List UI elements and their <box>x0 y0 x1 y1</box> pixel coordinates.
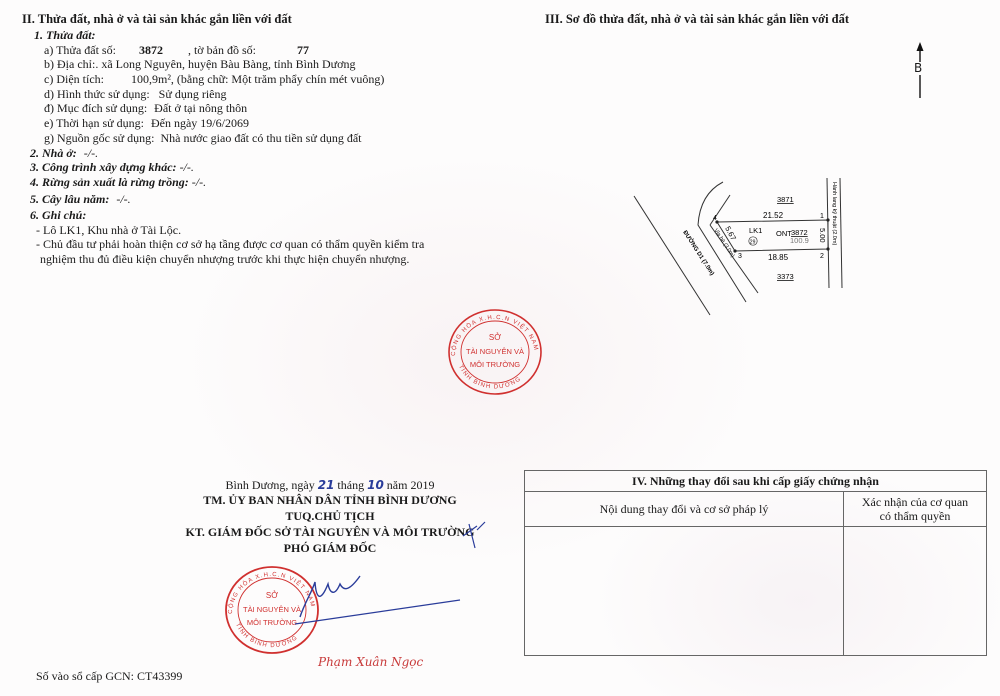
note-item: - Chủ đầu tư phải hoàn thiện cơ sở hạ tầ… <box>22 237 502 252</box>
parcel-number-row: a) Thửa đất số: 3872 , tờ bản đồ số: 77 <box>22 43 502 58</box>
note-item: - Lô LK1, Khu nhà ở Tài Lộc. <box>22 223 502 238</box>
date-prefix: Bình Dương, ngày <box>226 478 315 492</box>
usage-form-label: d) Hình thức sử dụng: <box>44 87 150 101</box>
purpose-label: đ) Mục đích sử dụng: <box>44 101 147 115</box>
edge-top-length: 21.52 <box>763 211 784 220</box>
authority-confirmation-cell <box>844 527 987 656</box>
stamp-seal-icon: CỘNG HÒA X.H.C.N VIỆT NAM TỈNH BÌNH DƯƠN… <box>226 567 318 653</box>
parcel-number: 3872 <box>139 43 163 57</box>
section-2-title: II. Thửa đất, nhà ở và tài sản khác gắn … <box>22 12 502 28</box>
corner-4: 4 <box>713 215 717 222</box>
svg-text:TÀI NGUYÊN VÀ: TÀI NGUYÊN VÀ <box>466 347 524 356</box>
road-label: ĐƯỜNG D1 (7.0m) <box>681 229 716 277</box>
term-row: e) Thời hạn sử dụng: Đến ngày 19/6/2069 <box>22 116 502 131</box>
edge-bottom-length: 18.85 <box>768 253 789 262</box>
forest-value: -/-. <box>192 175 206 189</box>
lot-circle-number: 29 <box>750 239 756 245</box>
section-4-title: IV. Những thay đổi sau khi cấp giấy chứn… <box>525 471 987 492</box>
perennial-heading: 5. Cây lâu năm: <box>30 192 109 206</box>
map-sheet-label: , tờ bản đồ số: <box>188 43 256 57</box>
parcel-label: a) Thửa đất số: <box>44 43 116 57</box>
parcel-south-label: 3373 <box>777 272 794 281</box>
authority-line-1: TM. ỦY BAN NHÂN DÂN TỈNH BÌNH DƯƠNG <box>150 493 510 508</box>
notes-heading: 6. Ghi chú: <box>22 208 502 223</box>
svg-text:SỞ: SỞ <box>266 591 278 600</box>
origin-label: g) Nguồn gốc sử dụng: <box>44 131 155 145</box>
purpose-row: đ) Mục đích sử dụng: Đất ở tại nông thôn <box>22 101 502 116</box>
edge-right-length: 5.00 <box>818 228 827 243</box>
gcn-record: Số vào sổ cấp GCN: CT43399 <box>36 669 182 684</box>
origin-row: g) Nguồn gốc sử dụng: Nhà nước giao đất … <box>22 131 502 146</box>
perennial-value: -/-. <box>116 192 130 206</box>
svg-text:MÔI TRƯỜNG: MÔI TRƯỜNG <box>247 618 297 627</box>
svg-text:MÔI TRƯỜNG: MÔI TRƯỜNG <box>470 360 520 369</box>
perennial-row: 5. Cây lâu năm: -/-. <box>22 192 502 207</box>
other-construction-value: -/-. <box>180 160 194 174</box>
corridor-line-right <box>840 178 842 288</box>
col-authority-line2: có thẩm quyền <box>844 509 986 523</box>
forest-heading: 4. Rừng sản xuất là rừng trồng: <box>30 175 189 189</box>
house-heading: 2. Nhà ở: <box>30 146 77 160</box>
corner-2: 2 <box>820 253 824 260</box>
section-3-title: III. Sơ đồ thửa đất, nhà ở và tài sản kh… <box>545 12 849 27</box>
official-stamp-signature: CỘNG HÒA X.H.C.N VIỆT NAM TỈNH BÌNH DƯƠN… <box>220 562 480 662</box>
stamp-seal-icon: CỘNG HÒA X.H.C.N VIỆT NAM TỈNH BÌNH DƯƠN… <box>449 310 541 394</box>
changes-table: IV. Những thay đổi sau khi cấp giấy chứn… <box>524 470 987 656</box>
term-value: Đến ngày 19/6/2069 <box>151 116 249 130</box>
area-value: 100,9m², (bằng chữ: Một trăm phẩy chín m… <box>131 72 384 86</box>
area-label: c) Diện tích: <box>44 72 104 86</box>
gcn-number: CT43399 <box>137 669 182 683</box>
house-row: 2. Nhà ở: -/-. <box>22 146 502 161</box>
map-sheet-number: 77 <box>297 43 309 57</box>
corridor-label: Hành lang kỹ thuật (2.0m) <box>831 182 837 245</box>
corner-3: 3 <box>738 253 742 260</box>
north-arrow: B <box>905 40 935 100</box>
signature-scribble-icon <box>295 576 460 624</box>
date-month: 10 <box>367 478 384 492</box>
north-label: B <box>914 62 922 75</box>
official-stamp-center: CỘNG HÒA X.H.C.N VIỆT NAM TỈNH BÌNH DƯƠN… <box>445 308 545 396</box>
land-heading: 1. Thửa đất: <box>22 28 502 43</box>
date-line: Bình Dương, ngày 21 tháng 10 năm 2019 <box>170 478 490 493</box>
col-authority-line1: Xác nhận của cơ quan <box>844 495 986 509</box>
col-authority-confirmation: Xác nhận của cơ quan có thẩm quyền <box>844 492 987 527</box>
note-item: nghiệm thu đủ điều kiện chuyển nhượng tr… <box>22 252 502 267</box>
initial-mark-icon <box>455 518 495 558</box>
forest-row: 4. Rừng sản xuất là rừng trồng: -/-. <box>22 175 502 190</box>
purpose-value: Đất ở tại nông thôn <box>154 101 247 115</box>
corner-1: 1 <box>820 213 824 220</box>
other-construction-row: 3. Công trình xây dựng khác: -/-. <box>22 160 502 175</box>
col-change-content: Nội dung thay đổi và cơ sở pháp lý <box>525 492 844 527</box>
term-label: e) Thời hạn sử dụng: <box>44 116 144 130</box>
usage-form-value: Sử dụng riêng <box>159 87 227 101</box>
parcel-north-label: 3871 <box>777 195 794 204</box>
origin-value: Nhà nước giao đất có thu tiền sử dụng đấ… <box>161 131 362 145</box>
notes-block: 6. Ghi chú: - Lô LK1, Khu nhà ở Tài Lộc.… <box>22 208 502 266</box>
area-row: c) Diện tích: 100,9m², (bằng chữ: Một tr… <box>22 72 502 87</box>
section-land-info: II. Thửa đất, nhà ở và tài sản khác gắn … <box>22 12 502 267</box>
parcel-diagram: 3871 3373 21.52 18.85 1 2 3 4 LK1 29 ONT… <box>620 170 860 330</box>
gcn-label: Số vào sổ cấp GCN: <box>36 669 134 683</box>
house-value: -/-. <box>84 146 98 160</box>
lot-label: LK1 <box>749 226 762 235</box>
svg-text:SỞ: SỞ <box>489 333 501 342</box>
other-construction-heading: 3. Công trình xây dựng khác: <box>30 160 177 174</box>
address-row: b) Địa chỉ:. xã Long Nguyên, huyện Bàu B… <box>22 57 502 72</box>
month-label: tháng <box>337 478 364 492</box>
year-label: năm 2019 <box>387 478 435 492</box>
usage-form-row: d) Hình thức sử dụng: Sử dụng riêng <box>22 87 502 102</box>
date-day: 21 <box>318 478 335 492</box>
signer-name: Phạm Xuân Ngọc <box>318 655 423 669</box>
parcel-area-label: 100.9 <box>790 236 809 245</box>
svg-text:TÀI NGUYÊN VÀ: TÀI NGUYÊN VÀ <box>243 605 301 614</box>
change-content-cell <box>525 527 844 656</box>
